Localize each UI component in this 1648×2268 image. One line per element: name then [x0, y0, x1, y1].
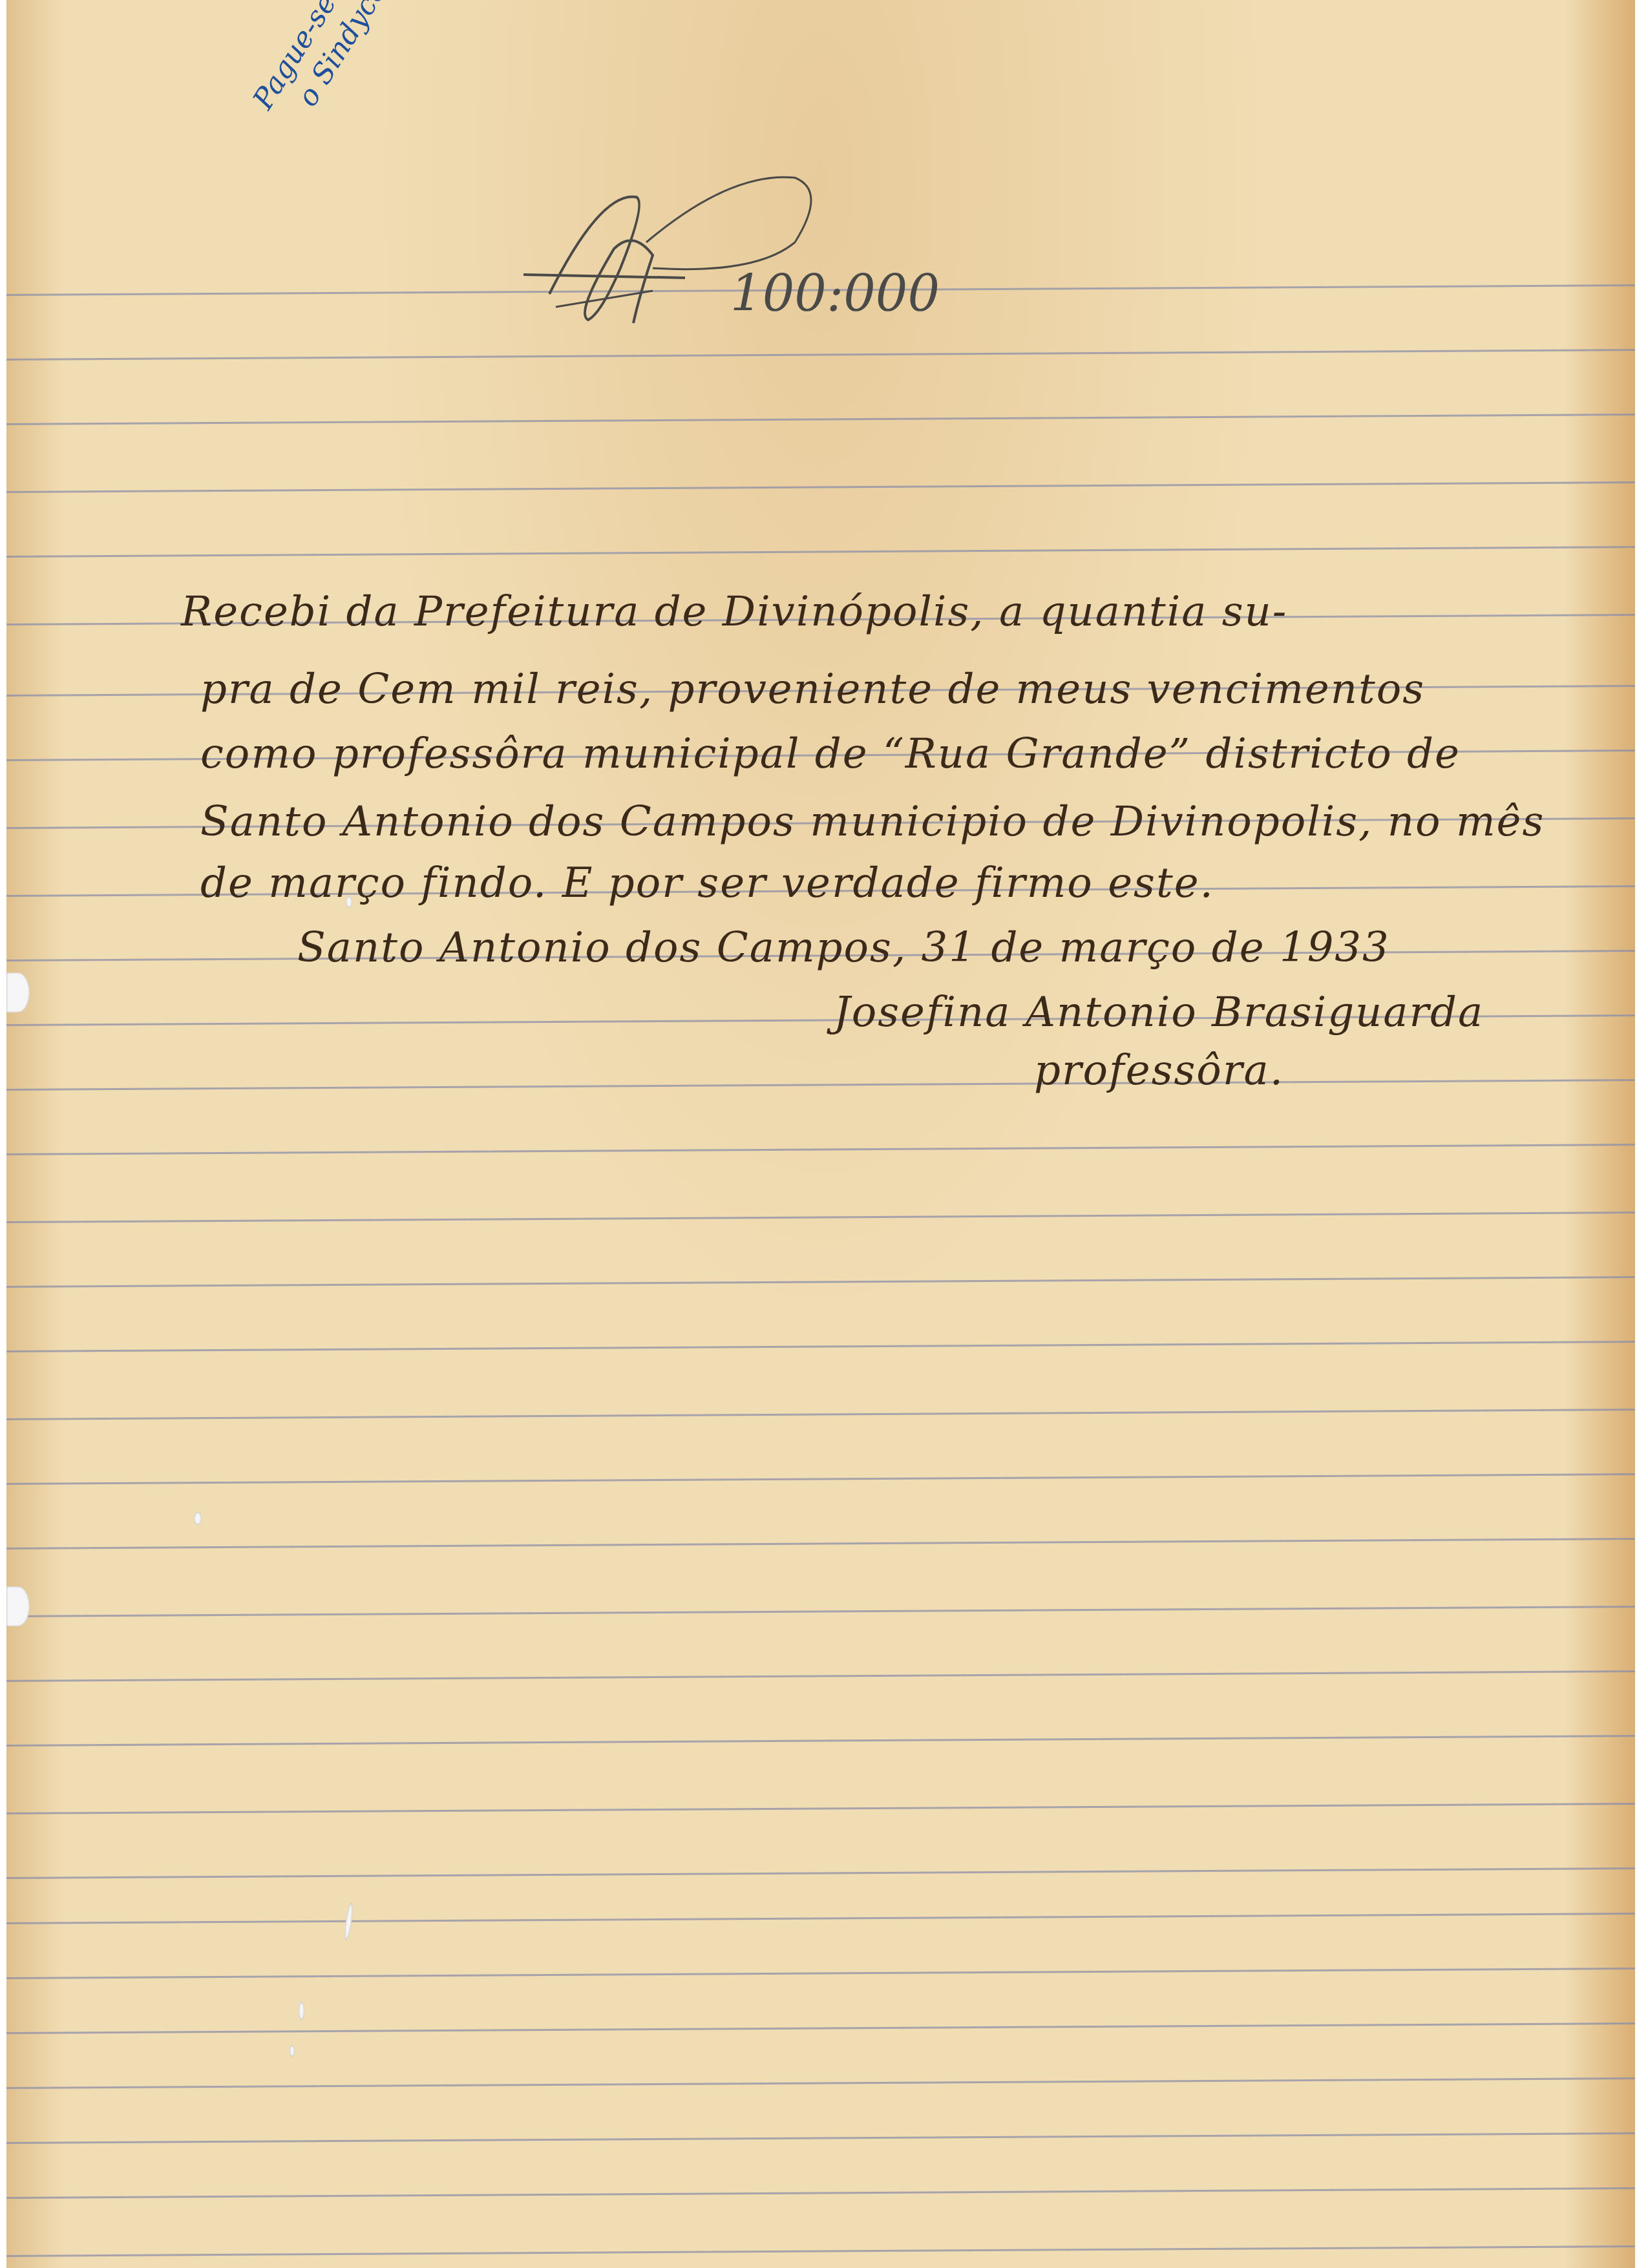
ruled-line — [6, 1341, 1635, 1352]
punch-hole — [6, 972, 30, 1013]
ruled-line — [6, 1735, 1635, 1747]
ruled-line — [6, 2132, 1635, 2144]
body-line-3: como professôra municipal de “Rua Grande… — [200, 730, 1461, 778]
ruled-line — [6, 2187, 1635, 2199]
ruled-line — [6, 1212, 1635, 1223]
ruled-line — [6, 1670, 1635, 1682]
receipt-amount: 100:000 — [730, 265, 940, 323]
ruled-line — [6, 546, 1635, 558]
body-line-2: pra de Cem mil reis, proveniente de meus… — [200, 666, 1425, 713]
ruled-line — [6, 1079, 1635, 1091]
ruled-line — [6, 1803, 1635, 1814]
ruled-line — [6, 414, 1635, 425]
ruled-line — [6, 1538, 1635, 1549]
ruled-line — [6, 1144, 1635, 1155]
paper-tear — [299, 2002, 304, 2020]
ruled-line — [6, 481, 1635, 493]
document-page: Pague-se o Sindyco 100:000 Recebi da Pre… — [6, 0, 1635, 2268]
body-line-2-text: pra de Cem mil reis, proveniente de meus… — [200, 666, 1425, 713]
body-line-1: Recebi da Prefeitura de Divinópolis, a q… — [181, 588, 1287, 636]
ruled-line — [6, 1473, 1635, 1485]
ruled-line — [6, 1606, 1635, 1617]
ruled-line — [6, 1409, 1635, 1420]
approval-annotation: Pague-se o Sindyco — [246, 0, 395, 135]
ruled-line — [6, 2022, 1635, 2034]
ruled-line — [6, 1867, 1635, 1879]
paper-tear — [290, 2045, 295, 2057]
place-date: Santo Antonio dos Campos, 31 de março de… — [297, 924, 1390, 972]
signatory-name: Josefina Antonio Brasiguarda — [834, 989, 1484, 1036]
ruled-line — [6, 2245, 1635, 2257]
ruled-line — [6, 2077, 1635, 2089]
body-line-5: de março findo. E por ser verdade firmo … — [200, 859, 1214, 907]
punch-hole — [6, 1586, 30, 1626]
ruled-line — [6, 349, 1635, 361]
ruled-line — [6, 1913, 1635, 1924]
ruled-line — [6, 1968, 1635, 1979]
paper-tear — [194, 1512, 202, 1525]
ruled-line — [6, 1276, 1635, 1288]
signatory-title: professôra. — [1034, 1047, 1284, 1095]
body-line-4: Santo Antonio dos Campos municipio de Di… — [200, 798, 1545, 846]
